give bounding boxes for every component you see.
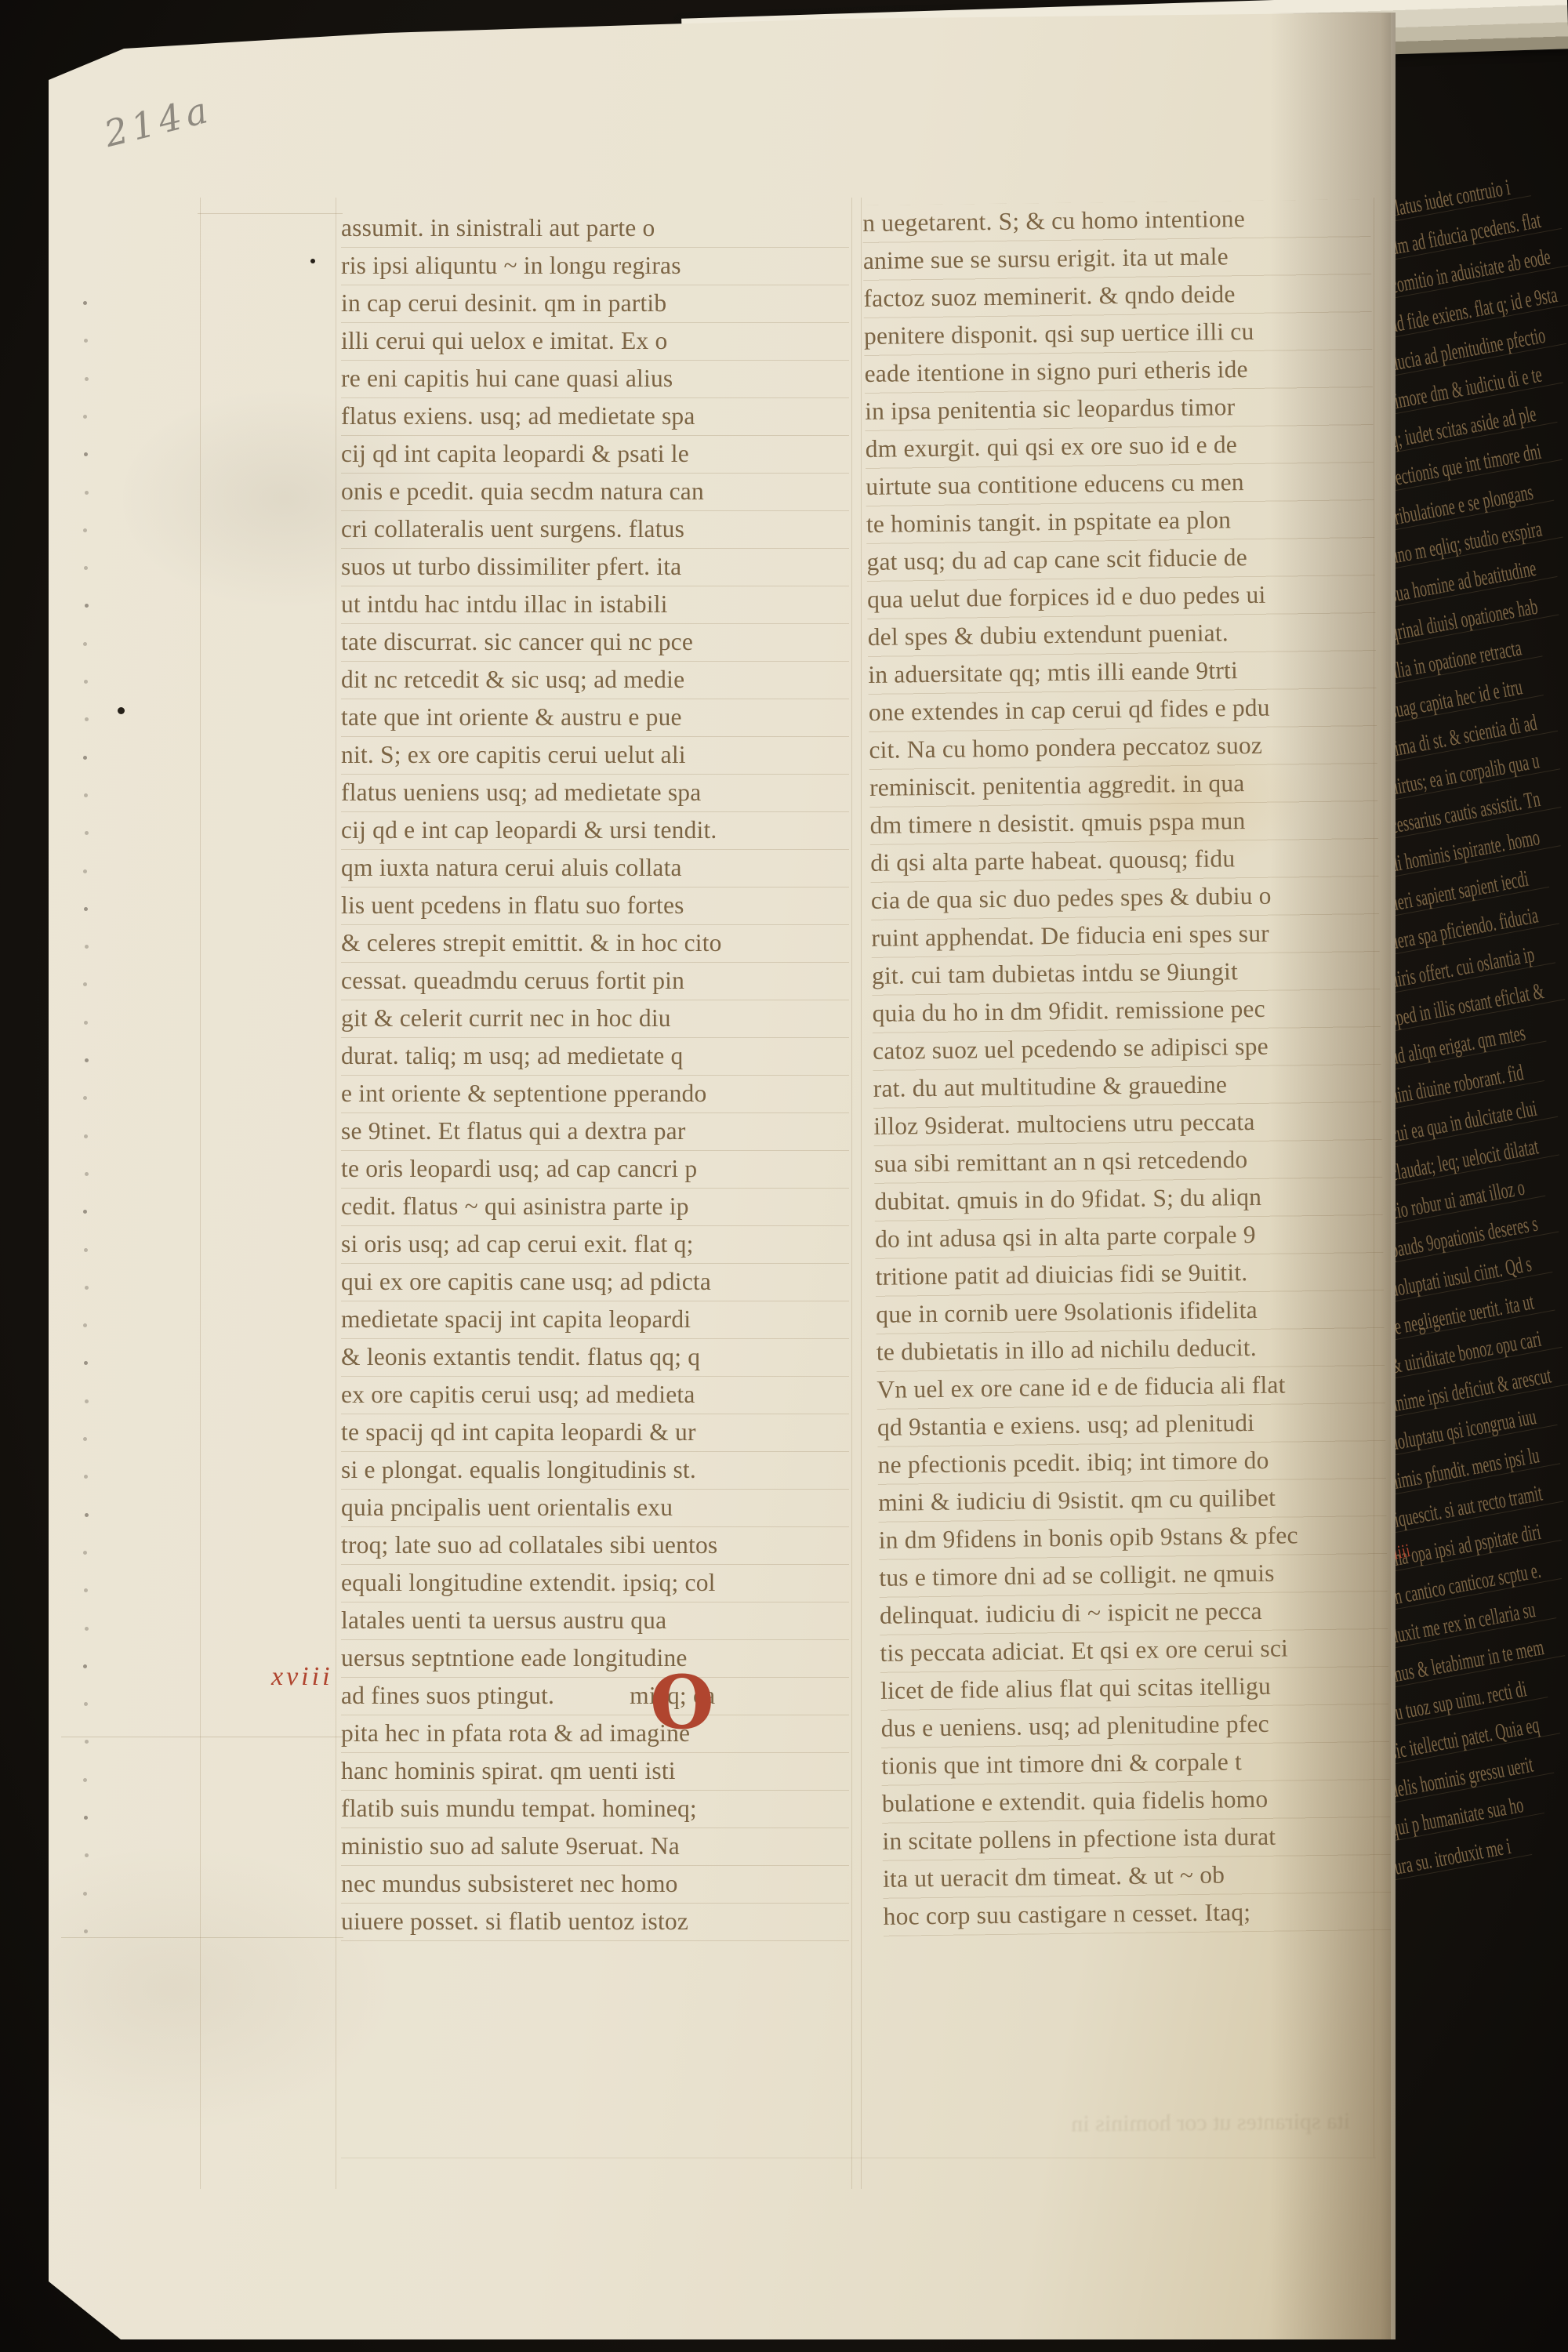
manuscript-text-line: ministio suo ad salute 9seruat. Na: [341, 1828, 849, 1866]
prick-mark: [84, 1702, 88, 1706]
prick-mark: [84, 452, 88, 456]
ruling-line: [198, 213, 343, 214]
manuscript-text-line: si oris usq; ad cap cerui exit. flat q;: [341, 1226, 849, 1264]
manuscript-text-line: di qsi alta parte habeat. quousq; fidu: [870, 839, 1379, 883]
manuscript-text-line: do int adusa qsi in alta parte corpale 9: [875, 1215, 1384, 1259]
ink-speck: [310, 259, 315, 263]
manuscript-text-line: equali longitudine extendit. ipsiq; col: [341, 1565, 849, 1602]
manuscript-text-line: assumit. in sinistrali aut parte o: [341, 210, 849, 248]
facing-page: flatus iudet contruio idm ad fiducia pce…: [1378, 20, 1568, 2352]
prick-mark: [83, 1323, 87, 1327]
manuscript-text-line: git & celerit currit nec in hoc diu: [341, 1000, 849, 1038]
manuscript-text-line: cessat. queadmdu ceruus fortit pin: [341, 963, 849, 1000]
prick-marks: [83, 301, 91, 1963]
manuscript-text-line: eade itentione in signo puri etheris ide: [864, 350, 1373, 394]
manuscript-text-line: git. cui tam dubietas intdu se 9iungit: [872, 952, 1381, 996]
manuscript-text-line: flatus ueniens usq; ad medietate spa: [341, 775, 849, 812]
prick-mark: [85, 1853, 89, 1857]
prick-mark: [85, 1286, 89, 1290]
manuscript-text-line: flatib suis mundu tempat. homineq;: [341, 1791, 849, 1828]
manuscript-text-line: cri collateralis uent surgens. flatus: [341, 511, 849, 549]
manuscript-text-line: ex ore capitis cerui usq; ad medieta: [341, 1377, 849, 1414]
manuscript-text-line: in cap cerui desinit. qm in partib: [341, 285, 849, 323]
ruling-line: [200, 198, 201, 2189]
manuscript-text-line: ne pfectionis pcedit. ibiq; int timore d…: [877, 1441, 1386, 1485]
manuscript-text-line: cij qd e int cap leopardi & ursi tendit.: [341, 812, 849, 850]
prick-mark: [85, 1740, 89, 1744]
prick-mark: [84, 566, 88, 570]
manuscript-text-line: nec mundus subsisteret nec homo: [341, 1866, 849, 1904]
manuscript-text-line: re eni capitis hui cane quasi alius: [341, 361, 849, 398]
prick-mark: [85, 1399, 89, 1403]
manuscript-text-line: in aduersitate qq; mtis illi eande 9trti: [868, 651, 1377, 695]
text-column-left: O assumit. in sinistrali aut parte oris …: [341, 210, 849, 1941]
manuscript-text-line: & celeres strepit emittit. & in hoc cito: [341, 925, 849, 963]
prick-mark: [85, 604, 89, 608]
manuscript-text-line: latales uenti ta uersus austru qua: [341, 1602, 849, 1640]
pencil-folio-number: 214a: [100, 88, 216, 155]
manuscript-text-line: si e plongat. equalis longitudinis st.: [341, 1452, 849, 1490]
ruling-line: [861, 198, 862, 2189]
prick-mark: [85, 1172, 89, 1176]
manuscript-text-line: dit nc retcedit & sic usq; ad medie: [341, 662, 849, 699]
manuscript-text-line: flatus exiens. usq; ad medietate spa: [341, 398, 849, 436]
manuscript-text-line: qui ex ore capitis cane usq; ad pdicta: [341, 1264, 849, 1301]
text-column-right: n uegetarent. S; & cu homo intentioneani…: [862, 199, 1392, 1936]
prick-mark: [83, 1778, 87, 1782]
manuscript-text-line: durat. taliq; m usq; ad medietate q: [341, 1038, 849, 1076]
manuscript-page: 214a O assumit. in sinistrali aut parte …: [49, 13, 1396, 2339]
prick-mark: [83, 301, 87, 305]
prick-mark: [83, 642, 87, 646]
prick-mark: [85, 1513, 89, 1517]
prick-mark: [85, 491, 89, 495]
manuscript-text-line: uersus septntione eade longitudine: [341, 1640, 849, 1678]
manuscript-text-line: mini & iudiciu di 9sistit. qm cu quilibe…: [878, 1479, 1387, 1523]
manuscript-text-line: qm iuxta natura cerui aluis collata: [341, 850, 849, 887]
chapter-numeral-xviii: xviii: [271, 1662, 333, 1692]
manuscript-text-line: ita ut ueracit dm timeat. & ut ~ ob: [883, 1855, 1392, 1899]
manuscript-text-line: dubitat. qmuis in do 9fidat. S; du aliqn: [874, 1178, 1383, 1221]
prick-mark: [84, 1929, 88, 1933]
manuscript-text-line: quia du ho in dm 9fidit. remissione pec: [872, 989, 1381, 1033]
manuscript-text-line: cit. Na cu homo pondera peccatoz suoz: [869, 726, 1377, 770]
prick-mark: [85, 1058, 89, 1062]
manuscript-text-line: factoz suoz meminerit. & qndo deide: [863, 274, 1372, 318]
manuscript-text-line: delinquat. iudiciu di ~ ispicit ne pecca: [880, 1592, 1388, 1635]
manuscript-text-line: cedit. flatus ~ qui asinistra parte ip: [341, 1189, 849, 1226]
ruling-line: [61, 1737, 343, 1737]
manuscript-text-line: e int oriente & septentione pperando: [341, 1076, 849, 1113]
prick-mark: [83, 869, 87, 873]
rubric-initial-o: O: [650, 1665, 714, 1740]
manuscript-text-line: licet de fide alius flat qui scitas itel…: [880, 1667, 1389, 1711]
ruling-line: [851, 198, 852, 2189]
manuscript-text-line: penitere disponit. qsi sup uertice illi …: [864, 312, 1373, 356]
prick-mark: [83, 415, 87, 419]
manuscript-text-line: in scitate pollens in pfectione ista dur…: [882, 1817, 1391, 1861]
prick-mark: [85, 831, 89, 835]
prick-mark: [84, 1248, 88, 1252]
manuscript-text-line: quia pncipalis uent orientalis exu: [341, 1490, 849, 1527]
manuscript-text-line: catoz suoz uel pcedendo se adipisci spe: [873, 1027, 1381, 1071]
manuscript-text-line: medietate spacij int capita leopardi: [341, 1301, 849, 1339]
manuscript-text-line: rat. du aut multitudine & grauedine: [873, 1065, 1381, 1109]
manuscript-text-line: uirtute sua contitione educens cu men: [866, 463, 1374, 506]
prick-mark: [85, 1627, 89, 1631]
manuscript-text-line: te oris leopardi usq; ad cap cancri p: [341, 1151, 849, 1189]
manuscript-text-line: qd 9stantia e exiens. usq; ad plenitudi: [877, 1403, 1386, 1447]
manuscript-text-line: cia de qua sic duo pedes spes & dubiu o: [871, 877, 1380, 920]
prick-mark: [84, 1816, 88, 1820]
prick-mark: [84, 1021, 88, 1025]
manuscript-text-line: one extendes in cap cerui qd fides e pdu: [869, 688, 1377, 732]
ruling-line: [336, 198, 336, 2189]
prick-mark: [85, 717, 89, 721]
prick-mark: [84, 1134, 88, 1138]
manuscript-text-line: in dm 9fidens in bonis opib 9stans & pfe…: [879, 1516, 1388, 1560]
manuscript-text-line: te spacij qd int capita leopardi & ur: [341, 1414, 849, 1452]
manuscript-text-line: ad fines suos ptingut.miaq; ca: [341, 1678, 849, 1715]
manuscript-text-line: pita hec in pfata rota & ad imagine: [341, 1715, 849, 1753]
ruling-line: [341, 2158, 1376, 2158]
manuscript-text-line: illi cerui qui uelox e imitat. Ex o: [341, 323, 849, 361]
prick-mark: [84, 339, 88, 343]
facing-page-text-fragments: flatus iudet contruio idm ad fiducia pce…: [1378, 20, 1568, 2352]
prick-mark: [83, 982, 87, 986]
manuscript-text-line: dus e ueniens. usq; ad plenitudine pfec: [880, 1704, 1389, 1748]
manuscript-text-line: & leonis extantis tendit. flatus qq; q: [341, 1339, 849, 1377]
manuscript-text-line: lis uent pcedens in flatu suo fortes: [341, 887, 849, 925]
prick-mark: [84, 1475, 88, 1479]
prick-mark: [84, 1588, 88, 1592]
manuscript-text-line: dm exurgit. qui qsi ex ore suo id e de: [866, 425, 1374, 469]
prick-mark: [85, 945, 89, 949]
ruling-line: [61, 1937, 343, 1938]
prick-mark: [83, 756, 87, 760]
prick-mark: [83, 1892, 87, 1896]
manuscript-text-line: cij qd int capita leopardi & psati le: [341, 436, 849, 474]
manuscript-text-line: Vn uel ex ore cane id e de fiducia ali f…: [877, 1366, 1385, 1410]
manuscript-text-line: ris ipsi aliquntu ~ in longu regiras: [341, 248, 849, 285]
manuscript-text-line: sua sibi remittant an n qsi retcedendo: [874, 1140, 1383, 1184]
manuscript-text-line: tate discurrat. sic cancer qui nc pce: [341, 624, 849, 662]
manuscript-text-line: anime sue se sursu erigit. ita ut male: [863, 237, 1372, 281]
manuscript-text-line: troq; late suo ad collatales sibi uentos: [341, 1527, 849, 1565]
manuscript-text-line: gat usq; du ad cap cane scit fiducie de: [866, 538, 1375, 582]
manuscript-text-line: tis peccata adiciat. Et qsi ex ore cerui…: [880, 1629, 1388, 1673]
ink-speck: [118, 707, 125, 714]
prick-mark: [84, 680, 88, 684]
manuscript-text-line: suos ut turbo dissimiliter pfert. ita: [341, 549, 849, 586]
manuscript-text-line: te dubietatis in illo ad nichilu deducit…: [877, 1328, 1385, 1372]
manuscript-text-line: dm timere n desistit. qmuis pspa mun: [869, 801, 1378, 845]
manuscript-text-line: ruint apphendat. De fiducia eni spes sur: [871, 914, 1380, 958]
manuscript-text-line: in ipsa penitentia sic leopardus timor: [865, 387, 1374, 431]
prick-mark: [84, 907, 88, 911]
manuscript-text-line: nit. S; ex ore capitis cerui uelut ali: [341, 737, 849, 775]
manuscript-text-line: illoz 9siderat. multociens utru peccata: [873, 1102, 1382, 1146]
manuscript-text-line: tritione patit ad diuicias fidi se 9uiti…: [875, 1253, 1384, 1297]
manuscript-text-line: te hominis tangit. in pspitate ea plon: [866, 500, 1375, 544]
manuscript-text-line: tus e timore dni ad se colligit. ne qmui…: [879, 1554, 1388, 1598]
prick-mark: [83, 528, 87, 532]
prick-mark: [83, 1437, 87, 1441]
manuscript-text-line: hanc hominis spirat. qm uenti isti: [341, 1753, 849, 1791]
manuscript-text-line: qua uelut due forpices id e duo pedes ui: [867, 575, 1376, 619]
prick-mark: [83, 1664, 87, 1668]
prick-mark: [83, 1096, 87, 1100]
manuscript-text-line: del spes & dubiu extendunt pueniat.: [867, 613, 1376, 657]
manuscript-text-line: tionis que int timore dni & corpale t: [881, 1742, 1390, 1786]
manuscript-text-line: uiuere posset. si flatib uentoz istoz: [341, 1904, 849, 1941]
show-through-text: ita spirantes ut cor hominis in: [880, 2108, 1350, 2140]
prick-mark: [83, 1551, 87, 1555]
prick-mark: [85, 377, 89, 381]
prick-mark: [83, 1210, 87, 1214]
manuscript-text-line: bulatione e extendit. quia fidelis homo: [882, 1780, 1391, 1824]
manuscript-photo: flatus iudet contruio idm ad fiducia pce…: [0, 0, 1568, 2352]
manuscript-text-line: n uegetarent. S; & cu homo intentione: [862, 199, 1371, 243]
manuscript-text-line: que in cornib uere 9solationis ifidelita: [876, 1290, 1385, 1334]
manuscript-text-line: onis e pcedit. quia secdm natura can: [341, 474, 849, 511]
manuscript-text-line: reminiscit. penitentia aggredit. in qua: [869, 764, 1378, 808]
prick-mark: [84, 793, 88, 797]
manuscript-text-line: ut intdu hac intdu illac in istabili: [341, 586, 849, 624]
manuscript-text-line: tate que int oriente & austru e pue: [341, 699, 849, 737]
manuscript-text-line: se 9tinet. Et flatus qui a dextra par: [341, 1113, 849, 1151]
prick-mark: [84, 1361, 88, 1365]
manuscript-text-line: hoc corp suu castigare n cesset. Itaq;: [883, 1893, 1392, 1936]
